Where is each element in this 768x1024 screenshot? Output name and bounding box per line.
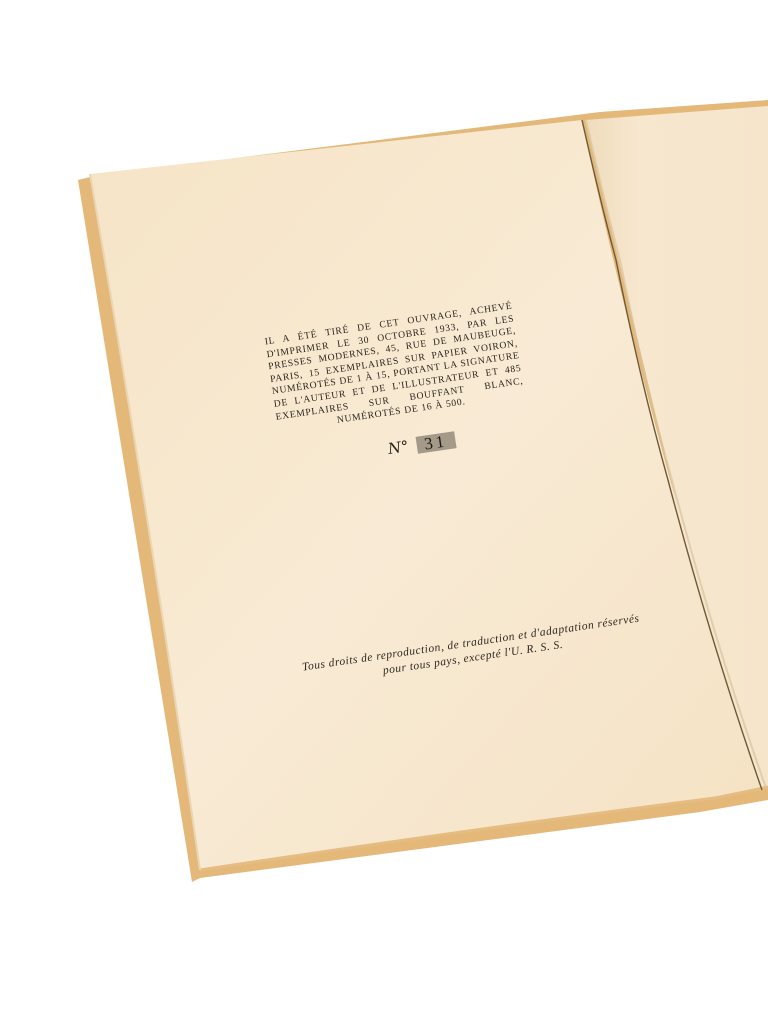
book-photo: Il a été tiré de cet ouvrage, achevé d'i… — [0, 0, 768, 1024]
number-prefix: N° — [387, 437, 410, 458]
book-illustration — [0, 0, 768, 1024]
